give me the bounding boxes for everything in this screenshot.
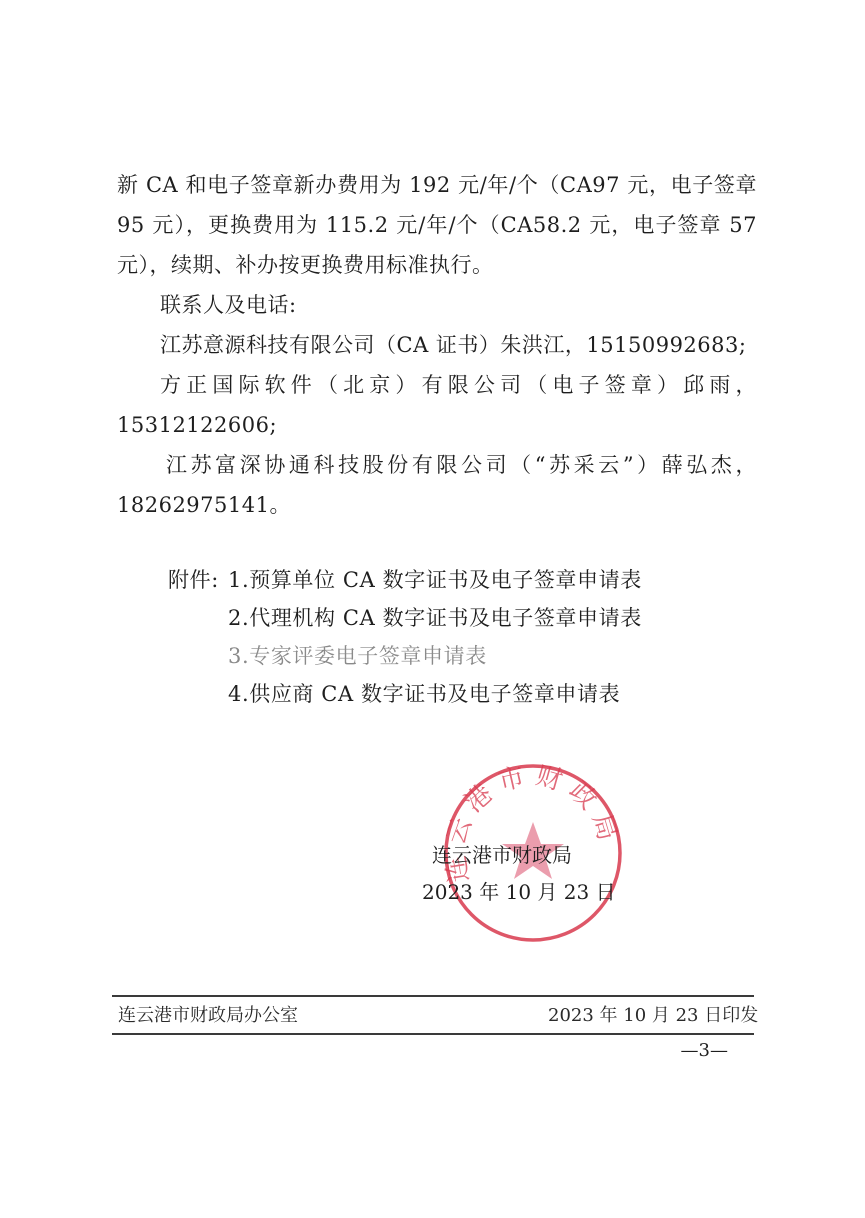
contacts-heading: 联系人及电话: (160, 291, 757, 319)
attachment-item-3: 3.专家评委电子签章申请表 (228, 642, 487, 670)
document-page: 新 CA 和电子签章新办费用为 192 元/年/个（CA97 元，电子签章 95… (0, 0, 865, 1218)
attachment-item-1: 1.预算单位 CA 数字证书及电子签章申请表 (228, 566, 642, 594)
paragraph-line-2: 95 元），更换费用为 115.2 元/年/个（CA58.2 元，电子签章 57 (117, 211, 757, 239)
contact-1: 江苏意源科技有限公司（CA 证书）朱洪江，15150992683; (160, 331, 757, 359)
contact-2-line-1: 方正国际软件（北京）有限公司（电子签章）邱雨， (160, 371, 757, 399)
paragraph-line-1: 新 CA 和电子签章新办费用为 192 元/年/个（CA97 元，电子签章 (117, 171, 757, 199)
attachment-item-4: 4.供应商 CA 数字证书及电子签章申请表 (228, 680, 620, 708)
contact-3-line-1: 江苏富深协通科技股份有限公司（“苏采云”）薛弘杰， (166, 451, 757, 479)
contact-3-line-2: 18262975141。 (117, 491, 757, 519)
paragraph-line-3: 元），续期、补办按更换费用标准执行。 (117, 251, 757, 279)
issuer-name: 连云港市财政局 (432, 842, 572, 868)
attachments-label: 附件: (168, 566, 219, 594)
contact-2-line-2: 15312122606; (117, 411, 757, 439)
attachment-item-2: 2.代理机构 CA 数字证书及电子签章申请表 (228, 604, 642, 632)
footer-print-date: 2023 年 10 月 23 日印发 (548, 1004, 758, 1028)
page-number: —3— (681, 1040, 728, 1061)
issue-date: 2023 年 10 月 23 日 (422, 879, 616, 905)
footer-bottom-rule (112, 1033, 754, 1035)
footer-office: 连云港市财政局办公室 (118, 1004, 298, 1028)
footer-top-rule (112, 995, 754, 997)
